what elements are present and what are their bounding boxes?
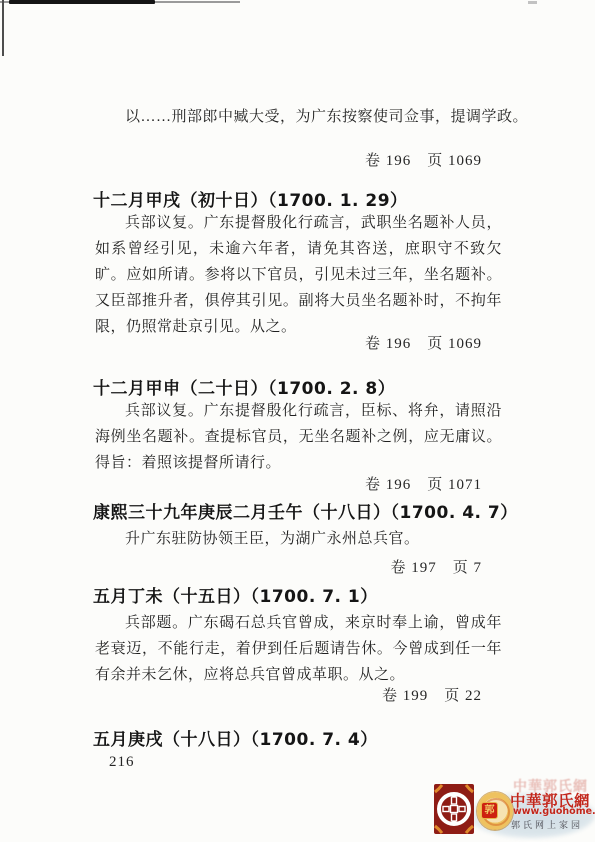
entry-body-text: 兵部题。广东碣石总兵官曾成，来京时奉上谕，曾成年老衰迈，不能行走，着伊到任后题请… [95,610,502,688]
page-number: 216 [109,753,135,771]
scan-artifact-black-bar [9,0,155,4]
coin-character: 郭 [485,806,495,816]
watermark-guohome: 郭 中華郭氏網 中華郭氏網 www.guohome.org 郭氏网上家园 [425,772,595,842]
entry-continuation-text: 以……刑部郎中臧大受，为广东按察使司佥事，提调学政。 [95,104,502,130]
coin-red-badge: 郭 [481,802,498,819]
entry-body-text: 兵部议复。广东提督殷化行疏言，臣标、将弁，请照沿海例坐名题补。查提标官员，无坐名… [95,398,502,476]
coin-seal-icon: 郭 [477,792,513,830]
citation-volume-page: 卷 199 页 22 [95,683,482,709]
citation-volume-page: 卷 196 页 1069 [95,148,482,174]
watermark-url: www.guohome.org [513,806,595,817]
citation-volume-page: 卷 197 页 7 [95,555,482,581]
scan-artifact-left-edge-line [2,0,4,56]
watermark-tagline: 郭氏网上家园 [511,818,583,831]
entry-date-heading: 五月丁未（十五日）（1700. 7. 1） [93,586,378,608]
entry-date-heading: 十二月甲戌（初十日）（1700. 1. 29） [93,190,408,212]
entry-date-heading: 康熙三十九年庚辰二月壬午（十八日）（1700. 4. 7） [93,502,518,524]
citation-volume-page: 卷 196 页 1071 [95,472,482,498]
entry-body-text: 升广东驻防协领王臣，为湖广永州总兵官。 [95,526,502,552]
entry-date-heading: 五月庚戌（十八日）（1700. 7. 4） [93,729,378,751]
entry-body-text: 兵部议复。广东提督殷化行疏言，武职坐名题补人员，如系曾经引见，未逾六年者，请免其… [95,210,502,340]
entry-date-heading: 十二月甲申（二十日）（1700. 2. 8） [93,378,395,400]
scan-artifact-speck [528,1,537,4]
guo-clan-square-seal-icon [434,784,474,834]
scanned-book-page: 以……刑部郎中臧大受，为广东按察使司佥事，提调学政。 卷 196 页 1069 … [0,0,595,842]
citation-volume-page: 卷 196 页 1069 [95,331,482,357]
